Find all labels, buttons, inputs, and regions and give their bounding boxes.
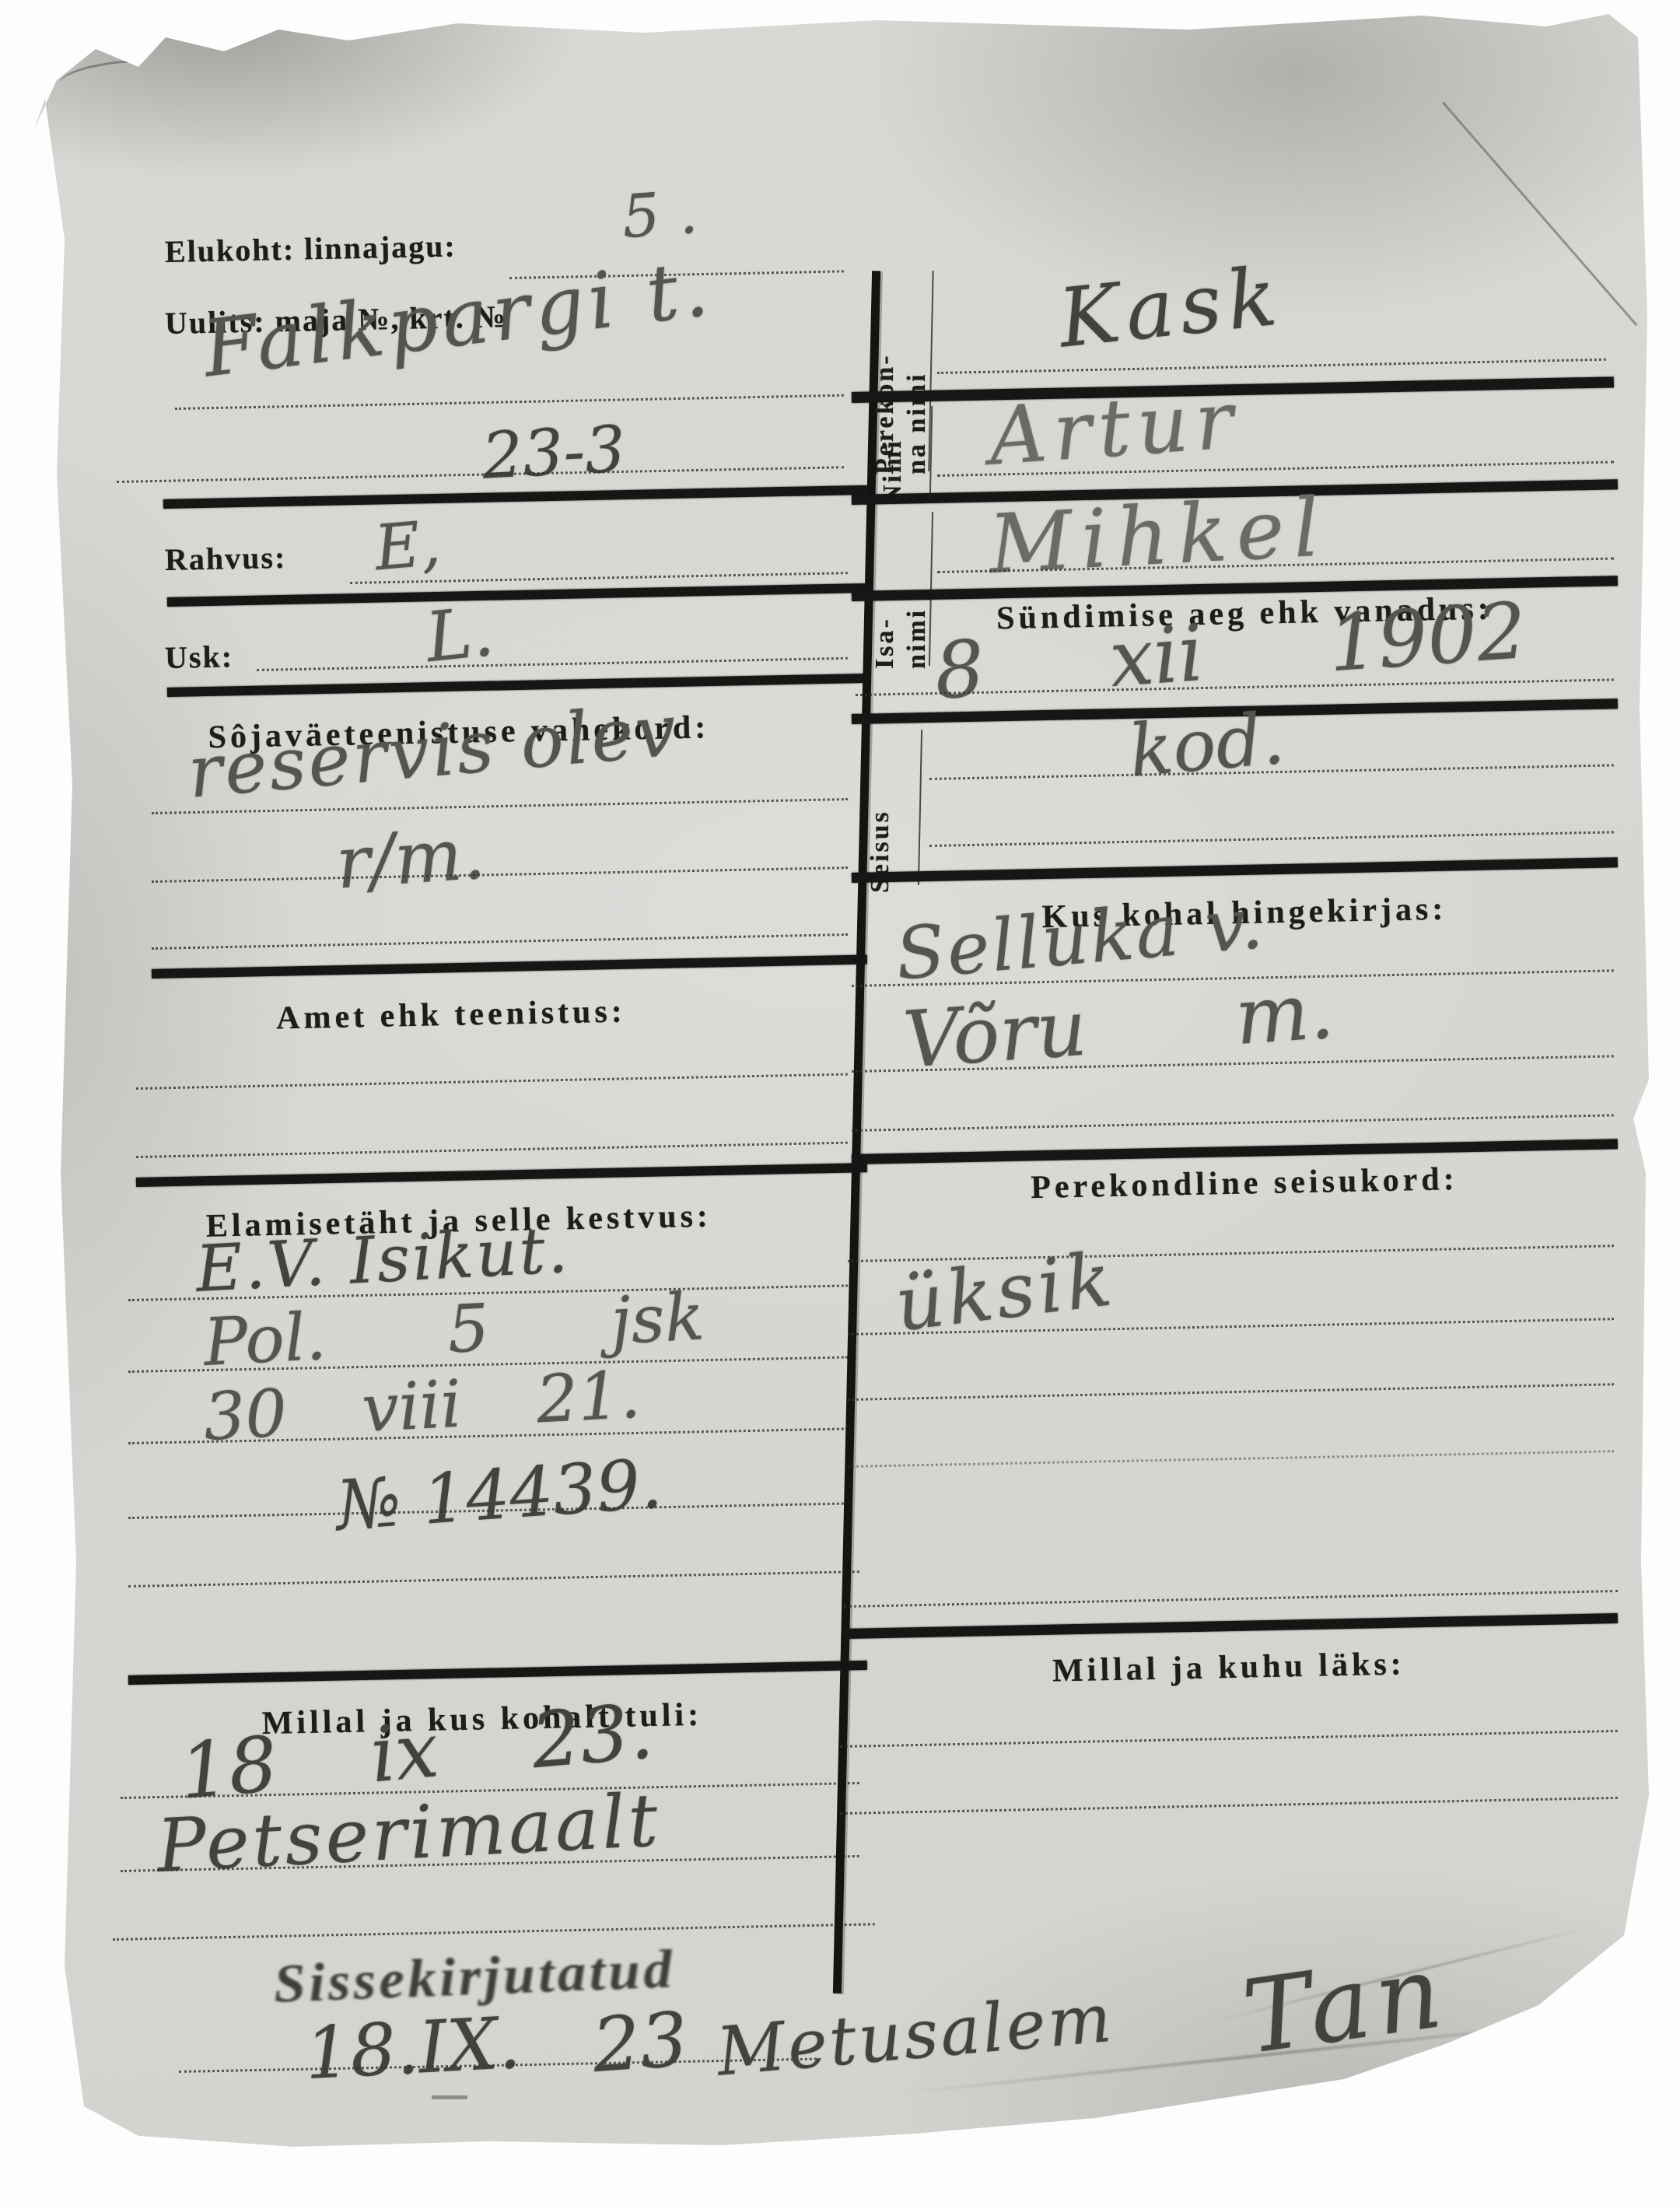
registration-signature-handwriting: Tan xyxy=(1237,1940,1453,2068)
section-rule xyxy=(152,955,867,978)
religion-value-handwriting: L. xyxy=(423,597,497,673)
section-rule xyxy=(852,857,1618,883)
section-rule xyxy=(167,583,867,607)
street-value-handwriting: Falkpargi t. xyxy=(199,249,716,388)
occupation-section-header: Amet ehk teenistus: xyxy=(179,991,724,1039)
section-rule xyxy=(128,1661,867,1685)
name-value-handwriting: Artur xyxy=(986,381,1242,478)
surname-value-handwriting: Kask xyxy=(1055,255,1286,359)
dotted-line xyxy=(136,1142,848,1158)
registration-year-handwriting: 23 xyxy=(590,2002,691,2083)
form-fields-layer: Elukoht: linnajagu: 5 . Uulits: maja №, … xyxy=(0,0,1680,2209)
dotted-line xyxy=(840,1797,1618,1815)
dotted-line xyxy=(257,657,848,671)
name-vertical-label: Nimi xyxy=(877,409,909,504)
section-rule xyxy=(167,674,867,697)
military-value2-handwriting: r/m. xyxy=(334,817,487,899)
paper-sheet: Elukoht: linnajagu: 5 . Uulits: maja №, … xyxy=(22,6,1654,2162)
dotted-line xyxy=(117,466,844,483)
house-number-handwriting: 23-3 xyxy=(481,418,627,489)
marital-section-header: Perekondline seisukord: xyxy=(918,1158,1572,1209)
dotted-line xyxy=(136,1073,848,1090)
pencil-line xyxy=(1442,102,1638,327)
dotted-line xyxy=(175,394,844,410)
religion-label: Usk: xyxy=(165,638,234,676)
dotted-line xyxy=(152,933,848,950)
label-separator-rule xyxy=(918,730,922,885)
section-rule xyxy=(844,1613,1618,1639)
section-rule xyxy=(136,1163,867,1187)
dotted-line xyxy=(113,1923,875,1941)
name-label-line: Nimi xyxy=(877,409,909,504)
nationality-value-handwriting: E, xyxy=(373,512,443,579)
dotted-line xyxy=(128,1570,859,1588)
status-vertical-label: Seisus xyxy=(865,737,897,893)
dotted-line xyxy=(844,1590,1618,1608)
status-label-line: Seisus xyxy=(865,737,897,893)
military-value1-handwriting: reservis olev xyxy=(185,695,681,809)
permit-value4-handwriting: № 14439. xyxy=(334,1449,663,1540)
dotted-line xyxy=(848,1450,1614,1468)
dotted-line xyxy=(929,831,1614,847)
scanner-background: Elukoht: linnajagu: 5 . Uulits: maja №, … xyxy=(0,0,1680,2209)
departure-section-header: Millal ja kuhu läks: xyxy=(918,1643,1541,1693)
dotted-line xyxy=(152,866,848,883)
marital-value-handwriting: üksik xyxy=(891,1241,1119,1343)
residence-label: Elukoht: linnajagu: xyxy=(165,227,457,270)
registration-official-handwriting: Metusalem xyxy=(714,1985,1116,2086)
dotted-line xyxy=(937,359,1606,374)
residence-value-handwriting: 5 . xyxy=(620,183,699,247)
dotted-line xyxy=(852,1114,1614,1132)
nationality-label: Rahvus: xyxy=(165,539,287,578)
registration-date-handwriting: 18.IX. xyxy=(303,2008,523,2090)
pencil-dash xyxy=(432,2095,467,2099)
dotted-line xyxy=(848,1383,1614,1401)
dotted-line xyxy=(840,1730,1618,1748)
